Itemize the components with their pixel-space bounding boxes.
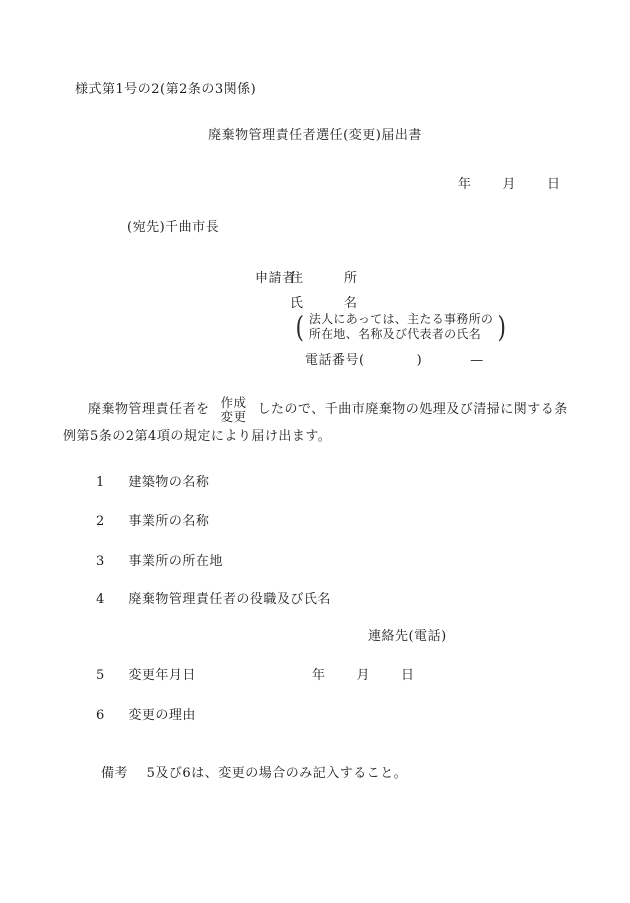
remarks-note: 備考 5及び6は、変更の場合のみ記入すること。 [101, 767, 407, 782]
corp-bracket-close: ) [498, 311, 507, 343]
corporate-note-line1: 法人にあっては、主たる事務所の [309, 312, 493, 328]
body-rest: したので、千曲市廃棄物の処理及び清掃に関する条 [258, 403, 568, 418]
form-number: 様式第1号の2(第2条の3関係) [75, 83, 256, 98]
phone-label: 電話番号( [305, 354, 365, 369]
list-item-change-reason: 6 変更の理由 [96, 709, 196, 724]
date-year-label: 年 [458, 178, 472, 193]
item-number: 6 [96, 708, 105, 723]
create-change-choice: 作成 変更 [221, 396, 247, 424]
date-day-label: 日 [547, 178, 561, 193]
addressee: (宛先)千曲市長 [127, 221, 219, 236]
item-number: 4 [96, 592, 105, 607]
list-item-office-location: 3 事業所の所在地 [96, 555, 223, 570]
note-label: 備考 [101, 766, 128, 781]
change-year-label: 年 [312, 669, 326, 684]
phone-line: 電話番号( ) — [305, 354, 484, 369]
item-label: 事業所の名称 [128, 514, 209, 529]
list-item-change-date: 5 変更年月日 年 月 日 [96, 669, 556, 684]
item-label: 建築物の名称 [128, 475, 209, 490]
change-month-label: 月 [357, 669, 371, 684]
body-lead: 廃棄物管理責任者を [88, 403, 210, 418]
item-number: 1 [96, 475, 105, 490]
list-item-building-name: 1 建築物の名称 [96, 476, 209, 491]
change-date-fields: 年 月 日 [312, 669, 415, 684]
item-number: 2 [96, 514, 105, 529]
phone-dash: — [470, 354, 484, 369]
date-line: 年 月 日 [458, 178, 561, 193]
corporate-note: ( 法人にあっては、主たる事務所の 所在地、名称及び代表者の氏名 ) [294, 311, 508, 343]
corp-bracket-open: ( [295, 311, 304, 343]
form-title: 廃棄物管理責任者選任(変更)届出書 [0, 129, 630, 144]
item-number: 3 [96, 554, 105, 569]
change-day-label: 日 [401, 669, 415, 684]
item-label: 変更年月日 [128, 668, 196, 683]
phone-close-paren: ) [417, 354, 423, 369]
corporate-note-lines: 法人にあっては、主たる事務所の 所在地、名称及び代表者の氏名 [309, 312, 493, 343]
contact-phone-label: 連絡先(電話) [368, 630, 447, 645]
body-paragraph-line2: 例第5条の2第4項の規定により届け出ます。 [63, 430, 331, 445]
corporate-note-line2: 所在地、名称及び代表者の氏名 [309, 327, 493, 343]
item-label: 事業所の所在地 [128, 554, 223, 569]
choice-change: 変更 [221, 410, 247, 424]
list-item-supervisor-name: 4 廃棄物管理責任者の役職及び氏名 [96, 593, 331, 608]
list-item-office-name: 2 事業所の名称 [96, 515, 209, 530]
date-month-label: 月 [503, 178, 517, 193]
note-text: 5及び6は、変更の場合のみ記入すること。 [147, 766, 408, 781]
applicant-address-label: 住 所 [290, 272, 358, 287]
item-label: 変更の理由 [128, 708, 196, 723]
document-page: 様式第1号の2(第2条の3関係) 廃棄物管理責任者選任(変更)届出書 年 月 日… [0, 0, 630, 903]
item-number: 5 [96, 668, 105, 683]
choice-create: 作成 [221, 396, 247, 410]
item-label: 廃棄物管理責任者の役職及び氏名 [128, 592, 331, 607]
body-paragraph-line1: 廃棄物管理責任者を 作成 変更 したので、千曲市廃棄物の処理及び清掃に関する条 [88, 395, 568, 425]
